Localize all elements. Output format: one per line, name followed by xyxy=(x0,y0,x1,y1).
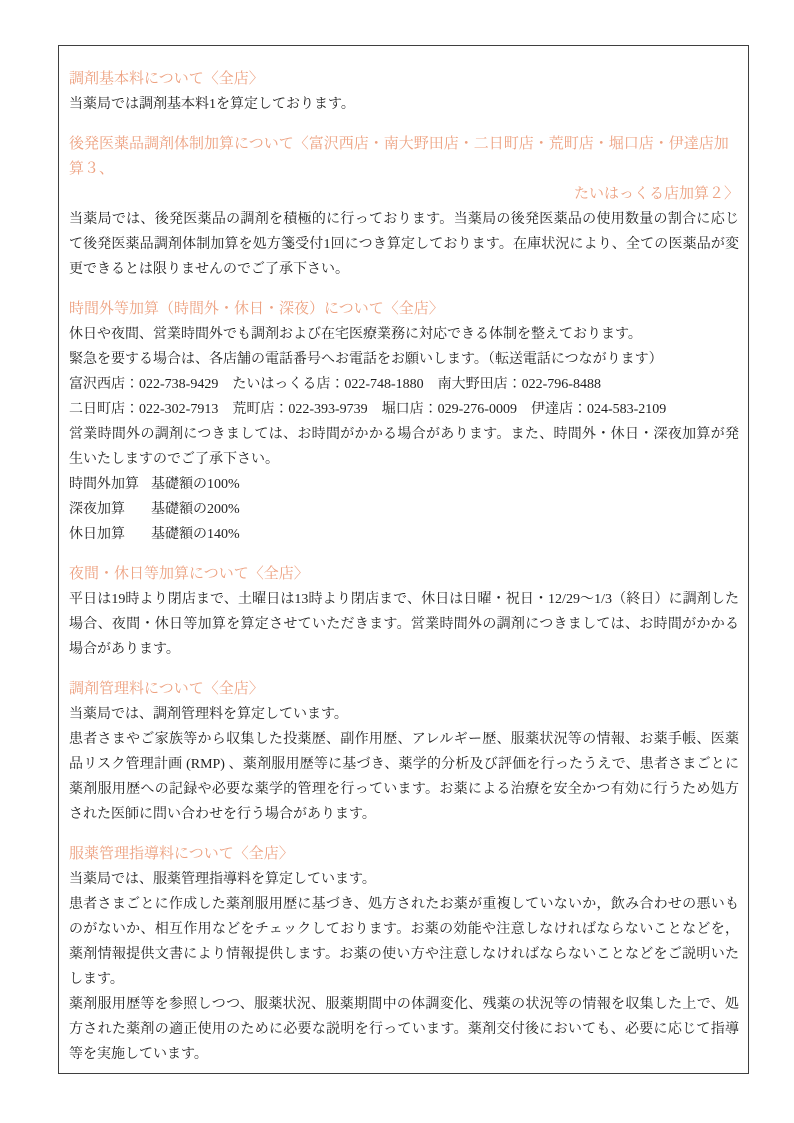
section-heading-text: 後発医薬品調剤体制加算について〈富沢西店・南大野田店・二日町店・荒町店・堀口店・… xyxy=(69,136,729,177)
section-paragraph: 当薬局では、調剤管理料を算定しています。 xyxy=(69,702,739,727)
document-border-box: 調剤基本料について〈全店〉 当薬局では調剤基本料1を算定しております。 後発医薬… xyxy=(58,45,749,1074)
section-heading-text: 調剤管理料について〈全店〉 xyxy=(69,681,264,697)
rate-value: 基礎額の200% xyxy=(151,497,739,522)
rate-value: 基礎額の100% xyxy=(151,472,739,497)
section-heading-text-line2: たいはっくる店加算２〉 xyxy=(69,182,739,207)
section-chouzai-kanriryou: 調剤管理料について〈全店〉 当薬局では、調剤管理料を算定しています。患者さまやご… xyxy=(69,677,739,827)
rate-row: 休日加算基礎額の140% xyxy=(69,522,739,547)
section-heading: 後発医薬品調剤体制加算について〈富沢西店・南大野田店・二日町店・荒町店・堀口店・… xyxy=(69,132,739,207)
section-paragraph: 休日や夜間、営業時間外でも調剤および在宅医療業務に対応できる体制を整えております… xyxy=(69,322,739,347)
section-paragraphs: 平日は19時より閉店まで、土曜日は13時より閉店まで、休日は日曜・祝日・12/2… xyxy=(69,587,739,662)
section-paragraphs: 休日や夜間、営業時間外でも調剤および在宅医療業務に対応できる体制を整えております… xyxy=(69,322,739,472)
rate-row: 深夜加算基礎額の200% xyxy=(69,497,739,522)
section-paragraph: 当薬局では、服薬管理指導料を算定しています。 xyxy=(69,867,739,892)
section-heading-text: 夜間・休日等加算について〈全店〉 xyxy=(69,566,309,582)
section-jikangai-tou-kasan: 時間外等加算（時間外・休日・深夜）について〈全店〉 休日や夜間、営業時間外でも調… xyxy=(69,297,739,547)
rate-label: 時間外加算 xyxy=(69,472,151,497)
rate-value: 基礎額の140% xyxy=(151,522,739,547)
section-heading-text: 服薬管理指導料について〈全店〉 xyxy=(69,846,294,862)
section-paragraph: 当薬局では調剤基本料1を算定しております。 xyxy=(69,92,739,117)
section-paragraphs: 当薬局では、調剤管理料を算定しています。患者さまやご家族等から収集した投薬歴、副… xyxy=(69,702,739,827)
section-chouzai-kihonryou: 調剤基本料について〈全店〉 当薬局では調剤基本料1を算定しております。 xyxy=(69,67,739,117)
section-heading: 時間外等加算（時間外・休日・深夜）について〈全店〉 xyxy=(69,297,739,322)
rate-label: 休日加算 xyxy=(69,522,151,547)
section-paragraph: 患者さまやご家族等から収集した投薬歴、副作用歴、アレルギー歴、服薬状況等の情報、… xyxy=(69,727,739,827)
rate-label: 深夜加算 xyxy=(69,497,151,522)
sections-container: 調剤基本料について〈全店〉 当薬局では調剤基本料1を算定しております。 後発医薬… xyxy=(69,67,739,1067)
section-fukuyaku-kanri-shidouryou: 服薬管理指導料について〈全店〉 当薬局では、服薬管理指導料を算定しています。患者… xyxy=(69,842,739,1067)
rate-table: 時間外加算基礎額の100%深夜加算基礎額の200%休日加算基礎額の140% xyxy=(69,472,739,547)
section-heading: 調剤管理料について〈全店〉 xyxy=(69,677,739,702)
section-kouhatsu-iyakuhin-kasan: 後発医薬品調剤体制加算について〈富沢西店・南大野田店・二日町店・荒町店・堀口店・… xyxy=(69,132,739,282)
section-heading-text: 調剤基本料について〈全店〉 xyxy=(69,71,264,87)
section-paragraph: 富沢西店：022-738-9429 たいはっくる店：022-748-1880 南… xyxy=(69,372,739,397)
section-paragraph: 平日は19時より閉店まで、土曜日は13時より閉店まで、休日は日曜・祝日・12/2… xyxy=(69,587,739,662)
section-paragraph: 患者さまごとに作成した薬剤服用歴に基づき、処方されたお薬が重複していないか，飲み… xyxy=(69,892,739,992)
section-paragraph: 薬剤服用歴等を参照しつつ、服薬状況、服薬期間中の体調変化、残薬の状況等の情報を収… xyxy=(69,992,739,1067)
section-heading: 調剤基本料について〈全店〉 xyxy=(69,67,739,92)
section-paragraph: 緊急を要する場合は、各店舗の電話番号へお電話をお願いします。（転送電話につながり… xyxy=(69,347,739,372)
section-paragraph: 営業時間外の調剤につきましては、お時間がかかる場合があります。また、時間外・休日… xyxy=(69,422,739,472)
section-paragraphs: 当薬局では、服薬管理指導料を算定しています。患者さまごとに作成した薬剤服用歴に基… xyxy=(69,867,739,1067)
section-paragraphs: 当薬局では調剤基本料1を算定しております。 xyxy=(69,92,739,117)
section-yakan-kyuujitsu-kasan: 夜間・休日等加算について〈全店〉 平日は19時より閉店まで、土曜日は13時より閉… xyxy=(69,562,739,662)
section-paragraphs: 当薬局では、後発医薬品の調剤を積極的に行っております。当薬局の後発医薬品の使用数… xyxy=(69,207,739,282)
section-heading: 夜間・休日等加算について〈全店〉 xyxy=(69,562,739,587)
section-heading: 服薬管理指導料について〈全店〉 xyxy=(69,842,739,867)
section-paragraph: 二日町店：022-302-7913 荒町店：022-393-9739 堀口店：0… xyxy=(69,397,739,422)
section-heading-text: 時間外等加算（時間外・休日・深夜）について〈全店〉 xyxy=(69,301,444,317)
rate-row: 時間外加算基礎額の100% xyxy=(69,472,739,497)
section-paragraph: 当薬局では、後発医薬品の調剤を積極的に行っております。当薬局の後発医薬品の使用数… xyxy=(69,207,739,282)
